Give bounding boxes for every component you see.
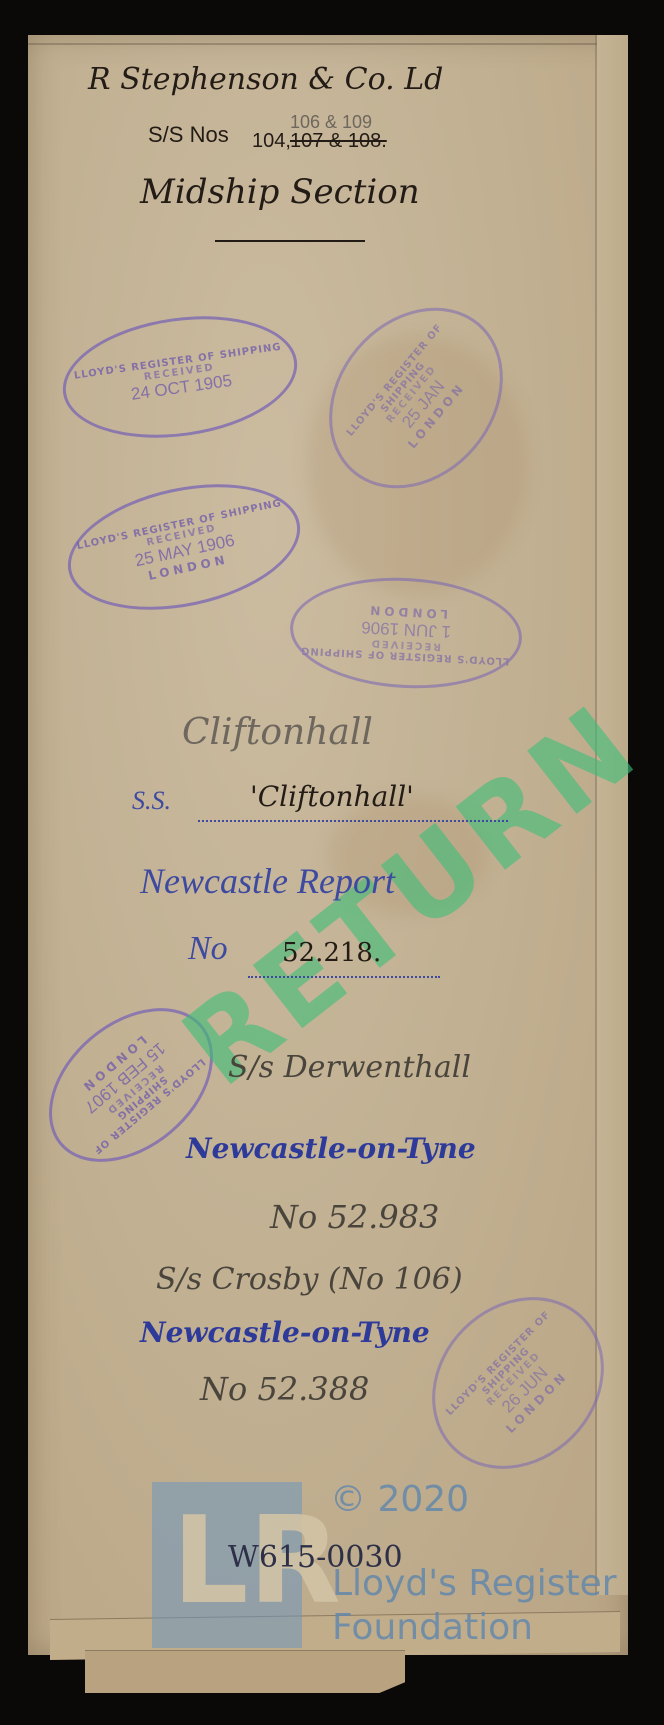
builder-name: R Stephenson & Co. Ld	[88, 62, 443, 97]
watermark-line2: Foundation	[332, 1608, 533, 1648]
yard-number-current: 104,	[252, 130, 291, 153]
report-no-label: No	[188, 930, 228, 968]
third-ship-name: S/s Crosby (No 106)	[156, 1262, 463, 1297]
report-label: Newcastle Report	[140, 860, 395, 902]
archive-reference: W615-0030	[228, 1540, 403, 1575]
copyright-text: © 2020	[330, 1480, 469, 1520]
dotted-line	[248, 976, 440, 978]
ship-label: S.S.	[132, 786, 171, 816]
second-ship-name: S/s Derwenthall	[228, 1050, 471, 1085]
second-ship-port: Newcastle-on-Tyne	[186, 1132, 476, 1165]
section-underline	[215, 240, 365, 242]
report-number: 52.218.	[282, 938, 381, 968]
pencil-ship-name: Cliftonhall	[182, 712, 373, 753]
dotted-line	[198, 820, 508, 822]
section-title: Midship Section	[140, 172, 420, 212]
yard-numbers-added: 106 & 109	[290, 112, 372, 133]
ship-name: 'Cliftonhall'	[250, 780, 414, 813]
third-ship-port: Newcastle-on-Tyne	[140, 1316, 430, 1349]
bottom-layer	[85, 1650, 405, 1693]
third-ship-number: No 52.388	[200, 1370, 369, 1408]
yard-numbers-struck: 107 & 108.	[290, 130, 387, 153]
second-ship-number: No 52.983	[270, 1198, 439, 1236]
yard-numbers-prefix: S/S Nos	[148, 122, 229, 148]
